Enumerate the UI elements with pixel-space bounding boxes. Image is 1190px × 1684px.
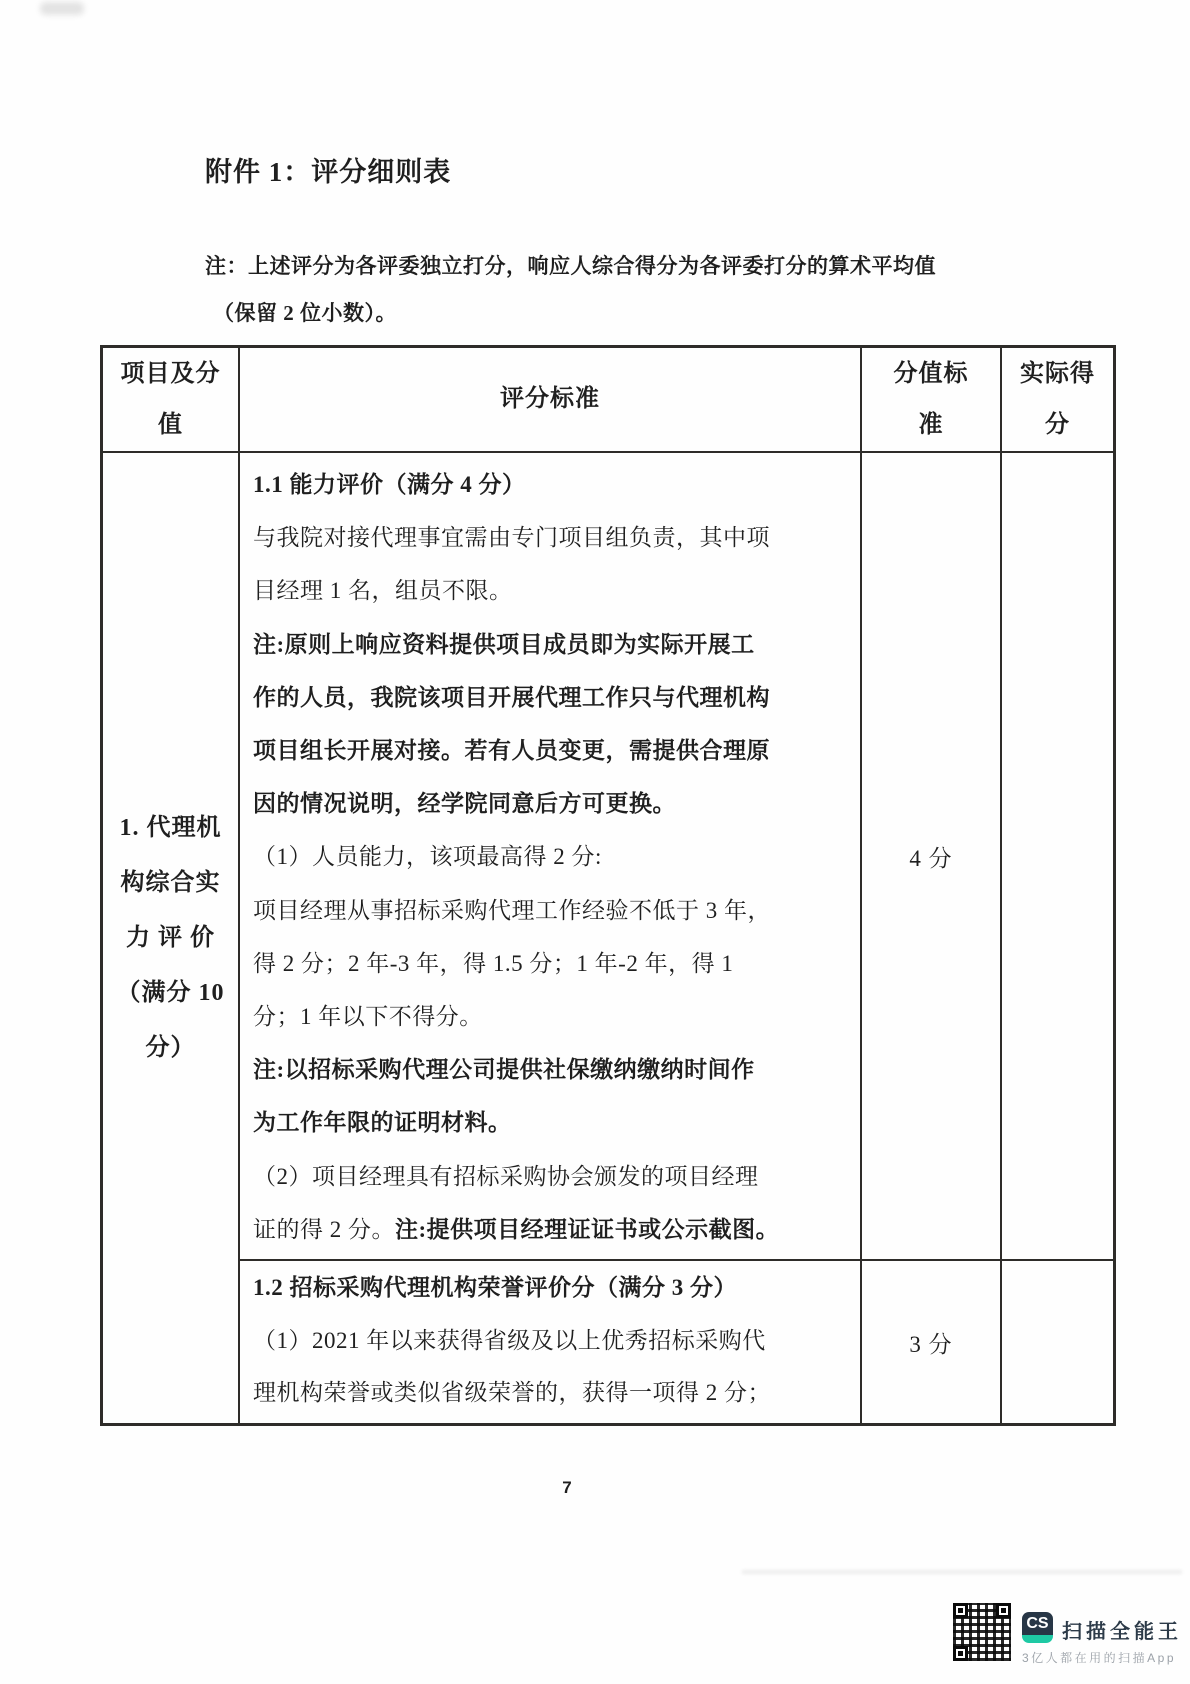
scanned-document-page: 附件 1：评分细则表 注：上述评分为各评委独立打分，响应人综合得分为各评委打分的…	[0, 0, 1190, 1684]
column-header-actual-score: 实际得分	[1002, 348, 1113, 453]
attachment-title: 附件 1：评分细则表	[205, 150, 451, 189]
qr-code	[953, 1603, 1011, 1661]
criteria-cell-1-2: 1.2 招标采购代理机构荣誉评价分（满分 3 分）（1）2021 年以来获得省级…	[240, 1261, 862, 1423]
qr-finder-icon	[996, 1603, 1011, 1618]
column-header-score-standard: 分值标准	[862, 348, 1002, 453]
item-cell-agency-strength: 1. 代理机构综合实力 评 价（满分 10分）	[103, 453, 240, 1423]
brand-tagline: 3亿人都在用的扫描App	[1022, 1649, 1176, 1666]
actual-score-cell-1-1	[1002, 453, 1113, 1261]
scan-artifact	[40, 2, 84, 15]
page-number: 7	[0, 1478, 1134, 1498]
camscanner-logo-icon: CS	[1022, 1612, 1053, 1643]
criteria-cell-1-1: 1.1 能力评价（满分 4 分）与我院对接代理事宜需由专门项目组负责，其中项目经…	[240, 453, 862, 1261]
column-header-criteria: 评分标准	[240, 348, 862, 453]
brand-name: 扫描全能王	[1062, 1615, 1182, 1644]
actual-score-cell-1-2	[1002, 1261, 1113, 1423]
scan-artifact	[742, 1570, 1182, 1574]
score-standard-cell-1-1: 4 分	[862, 453, 1002, 1261]
score-standard-cell-1-2: 3 分	[862, 1261, 1002, 1423]
scoring-table: 项目及分值 评分标准 分值标准 实际得分 1. 代理机构综合实力 评 价（满分 …	[100, 345, 1116, 1426]
qr-finder-icon	[953, 1646, 968, 1661]
column-header-item-and-score: 项目及分值	[103, 348, 240, 453]
note-line-2: （保留 2 位小数）。	[213, 297, 397, 327]
qr-finder-icon	[953, 1603, 968, 1618]
note-line-1: 注：上述评分为各评委独立打分，响应人综合得分为各评委打分的算术平均值	[205, 250, 936, 280]
